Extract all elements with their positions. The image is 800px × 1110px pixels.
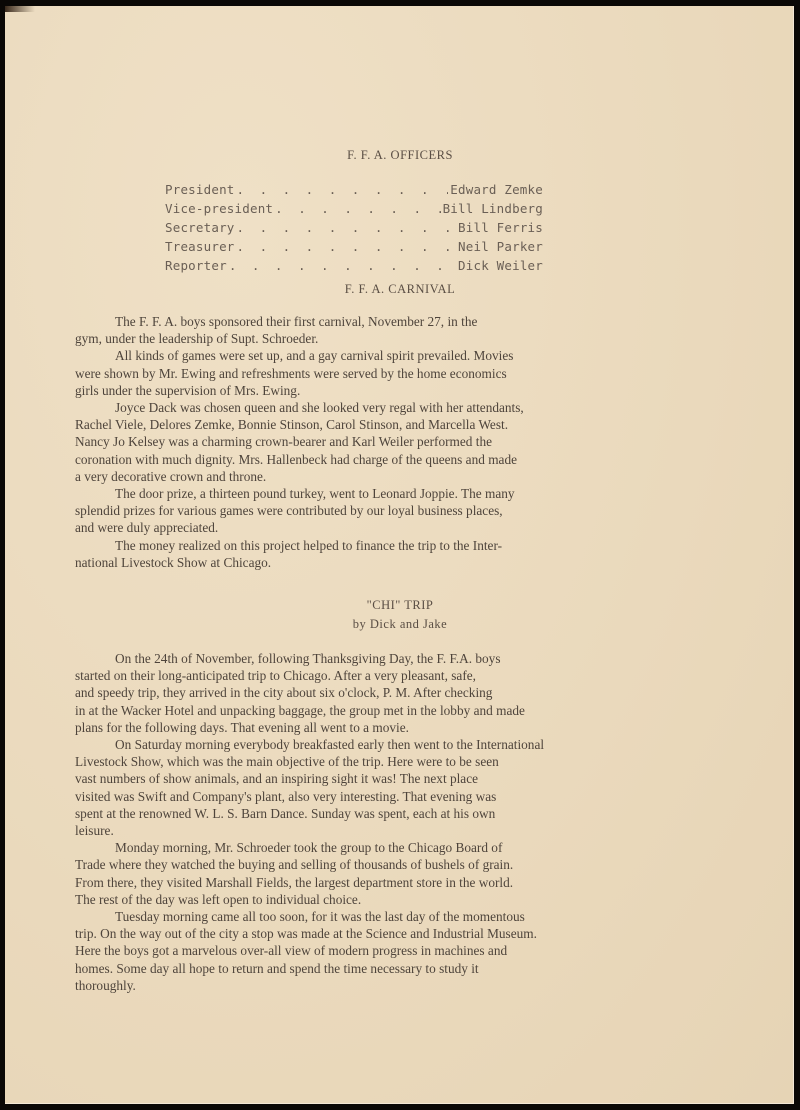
text-line: The rest of the day was left open to ind… [75, 891, 735, 908]
officer-role: Secretary [165, 218, 235, 237]
text-line: Rachel Viele, Delores Zemke, Bonnie Stin… [75, 416, 700, 433]
officer-row-secretary: Secretary . . . . . . . . . . . . . . . … [165, 218, 543, 237]
officer-name: Bill Ferris [458, 218, 543, 237]
text-line: The F. F. A. boys sponsored their first … [75, 313, 700, 330]
leader-dots: . . . . . . . . . . . . . . . . . . . . … [237, 180, 449, 199]
text-line: From there, they visited Marshall Fields… [75, 874, 735, 891]
officer-role: Vice-president [165, 199, 273, 218]
text-line: Livestock Show, which was the main objec… [75, 753, 735, 770]
text-line: splendid prizes for various games were c… [75, 502, 700, 519]
text-line: in at the Wacker Hotel and unpacking bag… [75, 702, 735, 719]
officer-name: Edward Zemke [450, 180, 543, 199]
text-line: Tuesday morning came all too soon, for i… [75, 908, 735, 925]
officer-row-treasurer: Treasurer . . . . . . . . . . . . . . . … [165, 237, 543, 256]
page-corner-shadow [5, 6, 35, 12]
text-line: All kinds of games were set up, and a ga… [75, 347, 700, 364]
text-line: On Saturday morning everybody breakfaste… [75, 736, 735, 753]
leader-dots: . . . . . . . . . . . . . . . . . . . . … [275, 199, 440, 218]
officer-role: President [165, 180, 235, 199]
officers-list: President . . . . . . . . . . . . . . . … [165, 180, 543, 275]
officer-name: Dick Weiler [458, 256, 543, 275]
text-line: plans for the following days. That eveni… [75, 719, 735, 736]
text-line: Monday morning, Mr. Schroeder took the g… [75, 839, 735, 856]
text-line: Joyce Dack was chosen queen and she look… [75, 399, 700, 416]
text-line: The money realized on this project helpe… [75, 537, 700, 554]
leader-dots: . . . . . . . . . . . . . . . . . . . . … [237, 237, 456, 256]
text-line: Trade where they watched the buying and … [75, 856, 735, 873]
text-line: girls under the supervision of Mrs. Ewin… [75, 382, 700, 399]
officer-name: Bill Lindberg [443, 199, 543, 218]
trip-article: On the 24th of November, following Thank… [75, 650, 735, 994]
text-line: leisure. [75, 822, 735, 839]
trip-heading: "CHI" TRIP [0, 598, 800, 613]
text-line: visited was Swift and Company's plant, a… [75, 788, 735, 805]
text-line: Nancy Jo Kelsey was a charming crown-bea… [75, 433, 700, 450]
leader-dots: . . . . . . . . . . . . . . . . . . . . … [237, 218, 456, 237]
text-line: Here the boys got a marvelous over-all v… [75, 942, 735, 959]
text-line: coronation with much dignity. Mrs. Halle… [75, 451, 700, 468]
text-line: and were duly appreciated. [75, 519, 700, 536]
text-line: thoroughly. [75, 977, 735, 994]
officer-role: Reporter [165, 256, 227, 275]
officer-name: Neil Parker [458, 237, 543, 256]
trip-byline: by Dick and Jake [0, 617, 800, 632]
text-line: national Livestock Show at Chicago. [75, 554, 700, 571]
carnival-heading: F. F. A. CARNIVAL [0, 282, 800, 297]
text-line: The door prize, a thirteen pound turkey,… [75, 485, 700, 502]
text-line: gym, under the leadership of Supt. Schro… [75, 330, 700, 347]
text-line: vast numbers of show animals, and an ins… [75, 770, 735, 787]
text-line: were shown by Mr. Ewing and refreshments… [75, 365, 700, 382]
officer-role: Treasurer [165, 237, 235, 256]
officer-row-president: President . . . . . . . . . . . . . . . … [165, 180, 543, 199]
text-line: and speedy trip, they arrived in the cit… [75, 684, 735, 701]
officers-heading: F. F. A. OFFICERS [0, 148, 800, 163]
text-line: On the 24th of November, following Thank… [75, 650, 735, 667]
leader-dots: . . . . . . . . . . . . . . . . . . . . … [229, 256, 456, 275]
text-line: trip. On the way out of the city a stop … [75, 925, 735, 942]
text-line: homes. Some day all hope to return and s… [75, 960, 735, 977]
officer-row-vice-president: Vice-president . . . . . . . . . . . . .… [165, 199, 543, 218]
text-line: a very decorative crown and throne. [75, 468, 700, 485]
text-line: spent at the renowned W. L. S. Barn Danc… [75, 805, 735, 822]
text-line: started on their long-anticipated trip t… [75, 667, 735, 684]
officer-row-reporter: Reporter . . . . . . . . . . . . . . . .… [165, 256, 543, 275]
carnival-article: The F. F. A. boys sponsored their first … [75, 313, 700, 571]
